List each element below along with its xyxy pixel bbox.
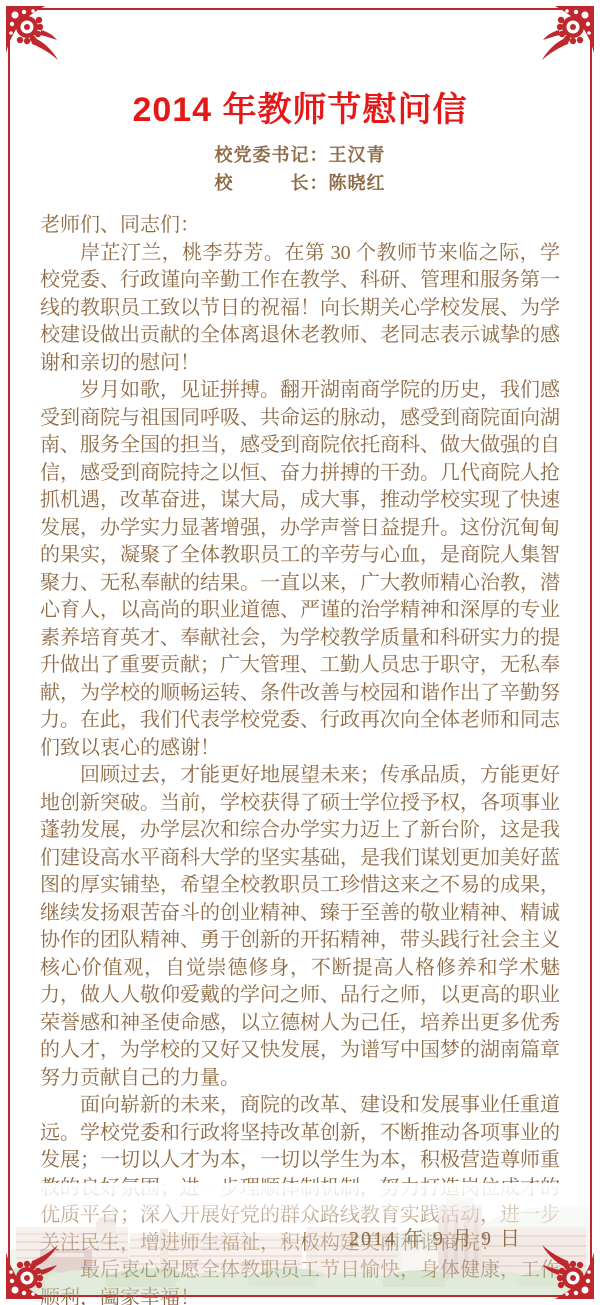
letter-title: 2014 年教师节慰问信 [0, 82, 600, 131]
letter-body: 老师们、同志们： 岸芷汀兰，桃李芬芳。在第 30 个教师节来临之际，学校党委、行… [40, 212, 560, 1305]
corner-ornament-icon [5, 5, 63, 63]
corner-ornament-icon [537, 5, 595, 63]
salutation: 老师们、同志们： [40, 212, 560, 240]
corner-ornament-icon [537, 1242, 595, 1300]
letter-date: 2014 年 9 月 9 日 [349, 1222, 522, 1251]
signature-president: 校 长：陈晓红 [0, 169, 600, 195]
paragraph-2: 岁月如歌，见证拼搏。翻开湖南商学院的历史，我们感受到商院与祖国同呼吸、共命运的脉… [40, 377, 560, 762]
corner-ornament-icon [5, 1242, 63, 1300]
paragraph-1: 岸芷汀兰，桃李芬芳。在第 30 个教师节来临之际，学校党委、行政谨向辛勤工作在教… [40, 240, 560, 378]
greeting-letter-page: 2014 年教师节慰问信 校党委书记：王汉青 校 长：陈晓红 老师们、同志们： … [0, 0, 600, 1305]
paragraph-3: 回顾过去，才能更好地展望未来；传承品质，方能更好地创新突破。当前，学校获得了硕士… [40, 762, 560, 1092]
signature-party-secretary: 校党委书记：王汉青 [0, 141, 600, 167]
